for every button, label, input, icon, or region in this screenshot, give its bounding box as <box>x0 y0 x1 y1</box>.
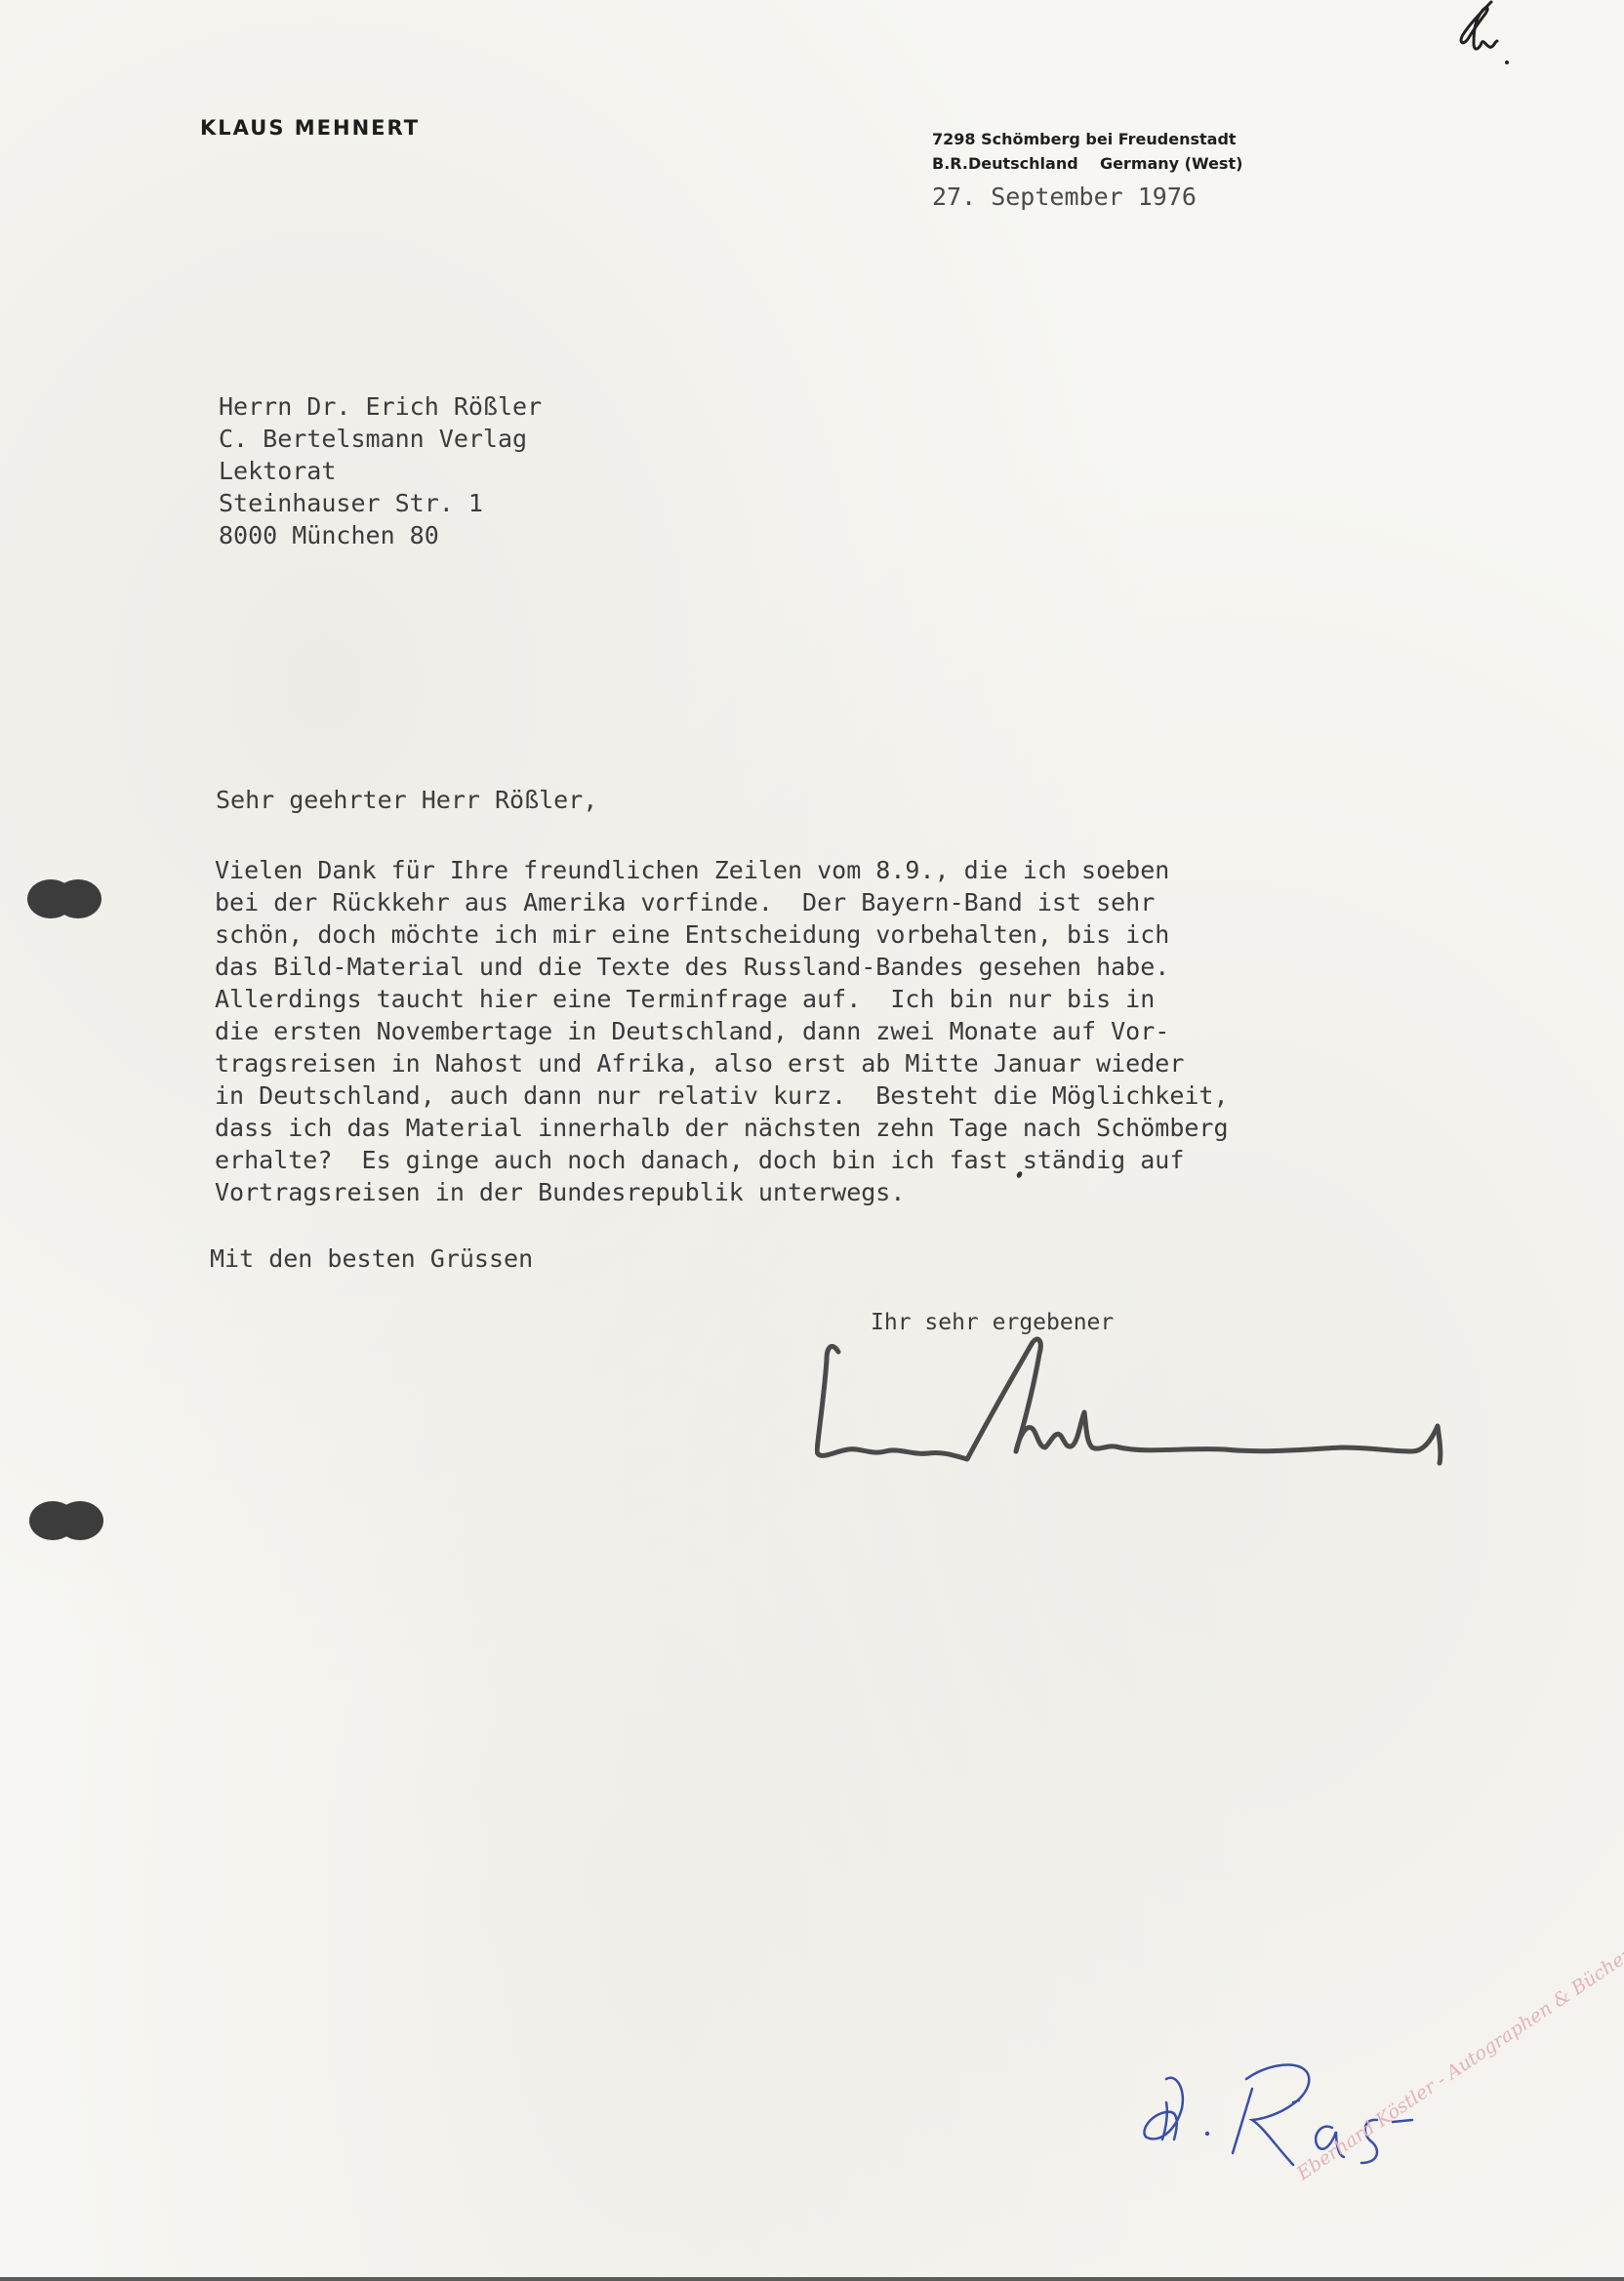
recipient-line: Herrn Dr. Erich Rößler <box>219 390 542 423</box>
body-line: erhalte? Es ginge auch noch danach, doch… <box>215 1144 1229 1176</box>
letter-body: Vielen Dank für Ihre freundlichen Zeilen… <box>215 854 1229 1208</box>
letterhead-address-line-2: B.R.Deutschland Germany (West) <box>932 151 1242 176</box>
body-line: tragsreisen in Nahost und Afrika, also e… <box>215 1047 1229 1079</box>
handwritten-signature-icon <box>815 1332 1459 1469</box>
body-line: das Bild-Material und die Texte des Russ… <box>215 951 1229 983</box>
body-line: Allerdings taucht hier eine Terminfrage … <box>215 983 1229 1015</box>
body-line: schön, doch möchte ich mir eine Entschei… <box>215 918 1229 951</box>
handwritten-note-icon: Dr. Rias <box>1137 2050 1449 2196</box>
letterhead-address: 7298 Schömberg bei FreudenstadtB.R.Deuts… <box>932 127 1242 176</box>
recipient-address: Herrn Dr. Erich Rößler C. Bertelsmann Ve… <box>219 390 542 551</box>
body-line: die ersten Novembertage in Deutschland, … <box>215 1015 1229 1047</box>
recipient-line: Lektorat <box>219 455 542 487</box>
salutation: Sehr geehrter Herr Rößler, <box>216 786 597 814</box>
body-line: Vielen Dank für Ihre freundlichen Zeilen… <box>215 854 1229 886</box>
body-line: Vortragsreisen in der Bundesrepublik unt… <box>215 1176 1229 1208</box>
punch-hole-icon <box>27 1498 105 1543</box>
recipient-line: C. Bertelsmann Verlag <box>219 423 542 455</box>
recipient-line: Steinhauser Str. 1 <box>219 487 542 519</box>
closing: Mit den besten Grüssen <box>210 1244 533 1273</box>
body-line: dass ich das Material innerhalb der näch… <box>215 1112 1229 1144</box>
handwritten-initials-icon <box>1444 0 1522 68</box>
punch-hole-icon <box>25 876 103 921</box>
letterhead-address-line-1: 7298 Schömberg bei Freudenstadt <box>932 127 1242 151</box>
body-line: bei der Rückkehr aus Amerika vorfinde. D… <box>215 886 1229 918</box>
body-line: in Deutschland, auch dann nur relativ ku… <box>215 1079 1229 1112</box>
letterhead-name: KLAUS MEHNERT <box>200 116 420 140</box>
letter-date: 27. September 1976 <box>932 183 1197 211</box>
recipient-line: 8000 München 80 <box>219 519 542 551</box>
page-bottom-edge <box>0 2277 1624 2281</box>
